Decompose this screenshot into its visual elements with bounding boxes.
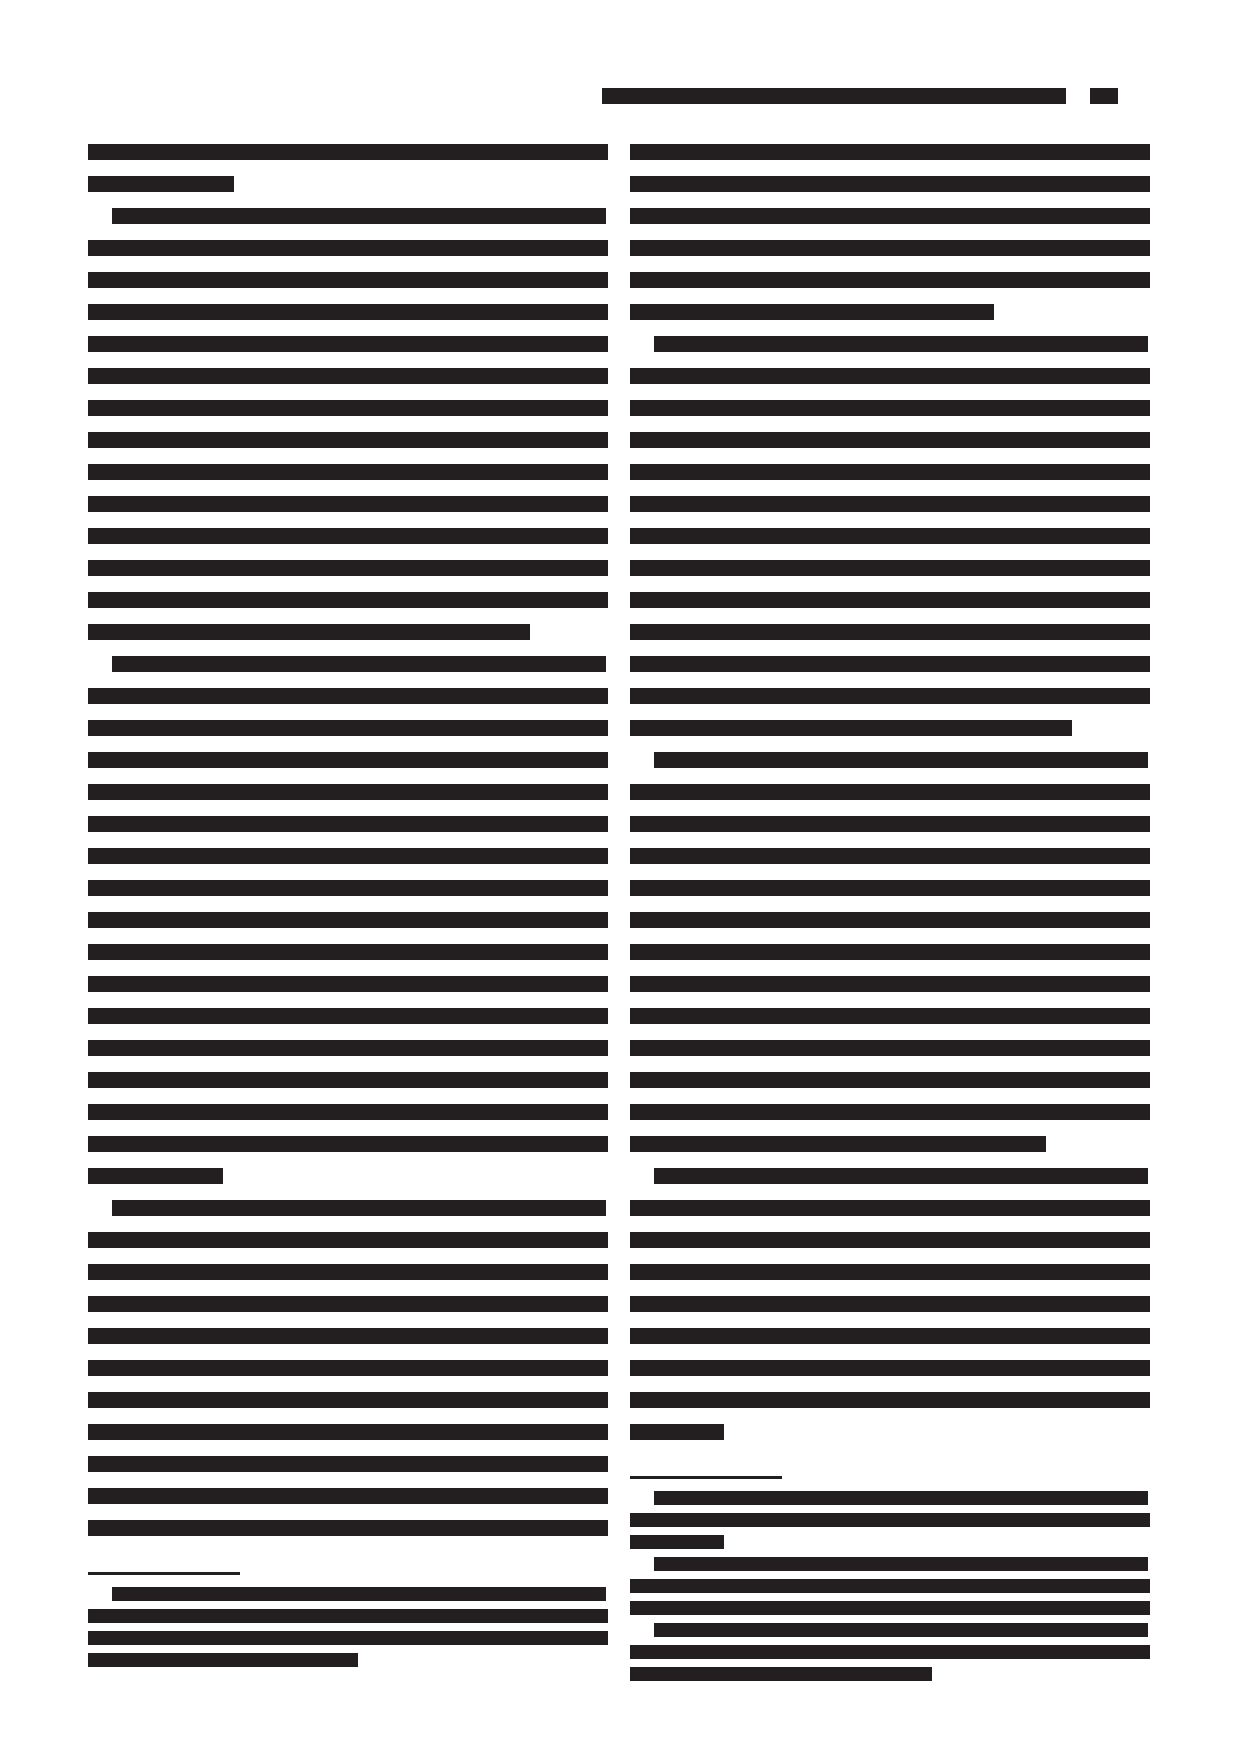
redacted-text-line (88, 304, 608, 320)
redacted-text-line (654, 1491, 1148, 1505)
redacted-text-line (630, 1579, 1150, 1593)
redacted-text-line (630, 1535, 724, 1549)
redacted-text-line (630, 848, 1150, 864)
redacted-text-line (630, 1072, 1150, 1088)
redacted-text-line (654, 1168, 1148, 1184)
redacted-text-line (630, 976, 1150, 992)
redacted-text-line (88, 464, 608, 480)
redacted-text-line (630, 1392, 1150, 1408)
redacted-text-line (88, 1104, 608, 1120)
right-body (630, 144, 1150, 1440)
redacted-text-line (112, 1200, 606, 1216)
running-header (602, 88, 1158, 104)
redacted-text-line (630, 464, 1150, 480)
redacted-text-line (88, 1653, 358, 1667)
redacted-text-line (88, 144, 608, 160)
redacted-text-line (88, 400, 608, 416)
redacted-text-line (88, 368, 608, 384)
redacted-text-line (88, 1609, 608, 1623)
redacted-text-line (630, 560, 1150, 576)
redacted-text-line (630, 624, 1150, 640)
redacted-text-line (630, 816, 1150, 832)
redacted-text-line (88, 912, 608, 928)
redacted-text-line (630, 1136, 1046, 1152)
footnote-rule (630, 1476, 782, 1479)
redaction-note: All text on the page is obscured by soli… (0, 0, 1, 1)
redacted-text-line (630, 880, 1150, 896)
redacted-text-line (630, 912, 1150, 928)
redacted-text-line (630, 1104, 1150, 1120)
redacted-text-line (88, 688, 608, 704)
redacted-text-line (88, 528, 608, 544)
redacted-text-line (88, 976, 608, 992)
redacted-text-line (88, 1072, 608, 1088)
left-body (88, 144, 608, 1536)
redacted-text-line (630, 1360, 1150, 1376)
redacted-text-line (630, 528, 1150, 544)
redacted-text-line (630, 944, 1150, 960)
redacted-text-line (88, 1264, 608, 1280)
redacted-text-line (630, 1645, 1150, 1659)
redacted-text-line (630, 592, 1150, 608)
redacted-text-line (630, 1424, 724, 1440)
redacted-text-line (88, 1136, 608, 1152)
redacted-text-line (630, 368, 1150, 384)
redacted-text-line (112, 1587, 606, 1601)
running-title-redacted (602, 88, 1066, 104)
redacted-text-line (654, 1623, 1148, 1637)
redacted-text-line (88, 816, 608, 832)
redacted-text-line (88, 432, 608, 448)
redacted-text-line (630, 784, 1150, 800)
redacted-text-line (630, 720, 1072, 736)
redacted-text-line (630, 1667, 932, 1681)
redacted-text-line (88, 1488, 608, 1504)
redacted-text-line (88, 1520, 608, 1536)
redacted-text-line (630, 272, 1150, 288)
redacted-text-line (88, 1456, 608, 1472)
redacted-text-line (654, 1557, 1148, 1571)
redacted-text-line (88, 272, 608, 288)
redacted-text-line (630, 400, 1150, 416)
redacted-text-line (88, 1360, 608, 1376)
redacted-text-line (88, 944, 608, 960)
footnote-rule (88, 1572, 240, 1575)
redacted-text-line (88, 560, 608, 576)
redacted-text-line (88, 848, 608, 864)
redacted-text-line (630, 1513, 1150, 1527)
redacted-text-line (88, 1296, 608, 1312)
left-column (88, 144, 608, 1675)
redacted-text-line (88, 240, 608, 256)
redacted-text-line (630, 1232, 1150, 1248)
redacted-text-line (88, 880, 608, 896)
redacted-text-line (88, 1168, 223, 1184)
redacted-text-line (88, 1631, 608, 1645)
redacted-text-line (630, 1008, 1150, 1024)
redacted-text-line (88, 1328, 608, 1344)
redacted-text-line (88, 784, 608, 800)
redacted-text-line (630, 496, 1150, 512)
redacted-text-line (112, 656, 606, 672)
redacted-text-line (630, 1264, 1150, 1280)
left-footnotes (88, 1587, 608, 1667)
redacted-text-line (88, 624, 530, 640)
redacted-text-line (630, 688, 1150, 704)
redacted-text-line (654, 752, 1148, 768)
redacted-text-line (630, 304, 994, 320)
page-number-redacted (1090, 88, 1118, 104)
redacted-text-line (88, 1392, 608, 1408)
redacted-text-line (88, 1424, 608, 1440)
redacted-text-line (88, 1232, 608, 1248)
redacted-text-line (630, 432, 1150, 448)
redacted-text-line (630, 208, 1150, 224)
redacted-text-line (630, 240, 1150, 256)
redacted-text-line (88, 752, 608, 768)
redacted-text-line (630, 656, 1150, 672)
redacted-text-line (88, 1008, 608, 1024)
redacted-text-line (630, 1040, 1150, 1056)
redacted-text-line (630, 1601, 1150, 1615)
redacted-text-line (88, 496, 608, 512)
redacted-text-line (630, 1200, 1150, 1216)
right-footnotes (630, 1491, 1150, 1681)
redacted-text-line (654, 336, 1148, 352)
redacted-text-line (88, 720, 608, 736)
redacted-text-line (630, 176, 1150, 192)
redacted-text-line (88, 592, 608, 608)
redacted-text-line (630, 1296, 1150, 1312)
redacted-text-line (88, 176, 234, 192)
redacted-text-line (88, 336, 608, 352)
redacted-text-line (630, 144, 1150, 160)
redacted-text-line (112, 208, 606, 224)
redacted-text-line (630, 1328, 1150, 1344)
right-column (630, 144, 1150, 1689)
redacted-text-line (88, 1040, 608, 1056)
